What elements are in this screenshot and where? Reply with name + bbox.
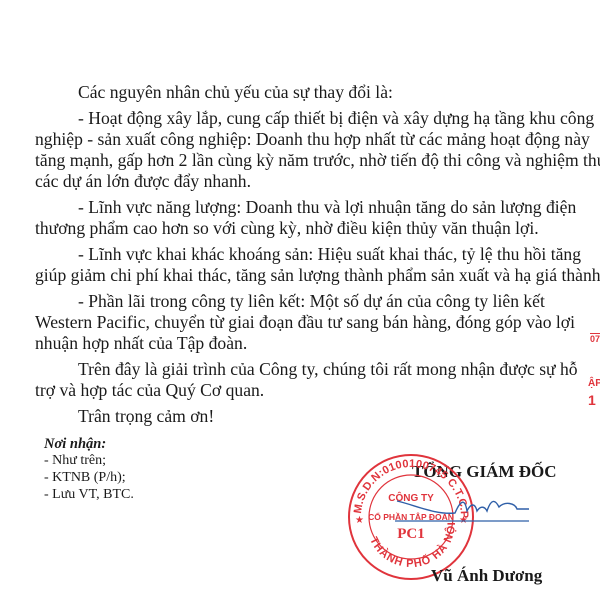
intro-text: Các nguyên nhân chủ yếu của sự thay đổi … (78, 82, 393, 102)
para1-line2: nghiệp - sản xuất công nghiệp: Doanh thu… (35, 129, 590, 149)
para2-line2: thương phẩm cao hơn so với cùng kỳ, nhờ … (35, 218, 539, 238)
recipient-item: - Lưu VT, BTC. (44, 487, 134, 503)
para3-line1: - Lĩnh vực khai khác khoáng sản: Hiệu su… (78, 244, 581, 264)
para3-line2: giúp giảm chi phí khai thác, tăng sản lư… (35, 265, 600, 285)
closing-line1: Trên đây là giải trình của Công ty, chún… (78, 359, 578, 379)
para2-line1: - Lĩnh vực năng lượng: Doanh thu và lợi … (78, 197, 576, 217)
thanks-text: Trân trọng cảm ơn! (78, 406, 214, 426)
edge-mark: 1 (588, 392, 600, 408)
para1-line1: - Hoạt động xây lắp, cung cấp thiết bị đ… (78, 108, 594, 128)
edge-mark: ẬP (588, 378, 600, 389)
recipients-heading: Nơi nhận: (44, 434, 106, 454)
para4-line1: - Phần lãi trong công ty liên kết: Một s… (78, 291, 545, 311)
para1-line4: các dự án lớn được đẩy nhanh. (35, 171, 251, 191)
svg-text:PC1: PC1 (397, 526, 425, 542)
para4-line2: Western Pacific, chuyển từ giai đoạn đầu… (35, 312, 575, 332)
para4-line3: nhuận hợp nhất của Tập đoàn. (35, 333, 247, 353)
signatory-name: Vũ Ánh Dương (431, 566, 542, 586)
svg-text:★: ★ (355, 515, 364, 526)
closing-line2: trợ và hợp tác của Quý Cơ quan. (35, 380, 264, 400)
edge-mark: 07 (590, 333, 600, 344)
recipient-item: - KTNB (P/h); (44, 470, 126, 486)
recipient-item: - Như trên; (44, 453, 106, 469)
handwritten-signature (395, 495, 530, 525)
para1-line3: tăng mạnh, gấp hơn 2 lần cùng kỳ năm trư… (35, 150, 600, 170)
